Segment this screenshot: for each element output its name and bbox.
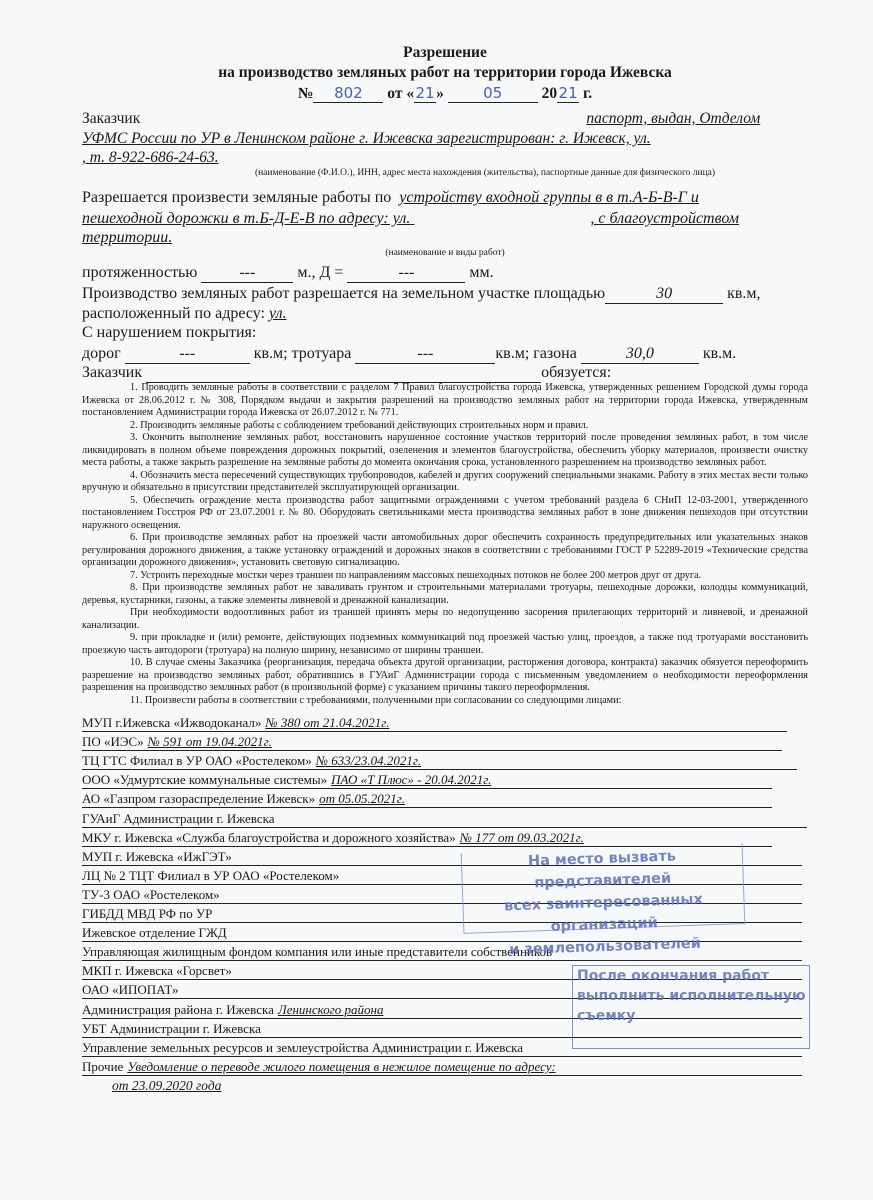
approval-value: № 380 от 21.04.2021г.	[265, 715, 389, 730]
obligation-item: 10. В случае смены Заказчика (реорганиза…	[82, 657, 808, 695]
approval-org: ОАО «ИПОПАТ»	[82, 982, 179, 997]
obligation-item: 9. при прокладке и (или) ремонте, действ…	[82, 632, 808, 657]
approval-underline	[82, 1056, 802, 1057]
approval-underline	[82, 960, 802, 961]
approval-org: УБТ Администрации г. Ижевска	[82, 1021, 261, 1036]
stamp-as-built-survey: После окончания работ выполнить исполнит…	[572, 965, 810, 1049]
works-line-2: пешеходной дорожки в т.Б-Д-Е-В по адресу…	[82, 210, 810, 228]
approval-value: Ленинского района	[278, 1002, 384, 1017]
document-subtitle: на производство земляных работ на террит…	[80, 64, 810, 82]
approval-org: ТУ-3 ОАО «Ростелеком»	[82, 887, 220, 902]
obligation-item: 8. При производстве земляных работ не за…	[82, 582, 808, 607]
approval-underline	[82, 1075, 802, 1076]
approval-underline	[82, 769, 797, 770]
length-line: протяженностью --- м., Д = --- мм.	[82, 264, 494, 283]
obligation-item: 3. Окончить выполнение земляных работ, в…	[82, 432, 808, 470]
approval-org: МКУ г. Ижевска «Служба благоустройства и…	[82, 830, 456, 845]
approval-row: УБТ Администрации г. Ижевска	[82, 1021, 265, 1037]
approval-row: МУП г.Ижевска «Ижводоканал»№ 380 от 21.0…	[82, 715, 389, 731]
approval-row: ТЦ ГТС Филиал в УР ОАО «Ростелеком»№ 633…	[82, 753, 421, 769]
approval-row: ГУАиГ Администрации г. Ижевска	[82, 811, 279, 827]
approval-row: ПО «ИЭС»№ 591 от 19.04.2021г.	[82, 734, 272, 750]
approval-org: МУП г. Ижевска «ИжГЭТ»	[82, 849, 232, 864]
damage-label: С нарушением покрытия:	[82, 324, 256, 342]
roads-value: ---	[125, 345, 250, 364]
obligation-item: 6. При производстве земляных работ на пр…	[82, 532, 808, 570]
approval-org: Ижевское отделение ГЖД	[82, 925, 227, 940]
approval-value: № 591 от 19.04.2021г.	[148, 734, 272, 749]
approval-row: МКУ г. Ижевска «Служба благоустройства и…	[82, 830, 584, 846]
approval-org: ООО «Удмуртские коммунальные системы»	[82, 772, 327, 787]
approval-org: Прочие	[82, 1059, 123, 1074]
approval-org: ПО «ИЭС»	[82, 734, 144, 749]
address-line: расположенный по адресу: ул.	[82, 305, 399, 323]
works-description: устройству входной группы в в т.А-Б-В-Г …	[399, 189, 699, 206]
approval-row: Ижевское отделение ГЖД	[82, 925, 231, 941]
approval-value: от 05.05.2021г.	[319, 791, 405, 806]
area-line: Производство земляных работ разрешается …	[82, 285, 761, 304]
obligation-item: При необходимости водоотливных работ из …	[82, 607, 808, 632]
customer-line-1: Заказчикпаспорт, выдан, Отделом	[82, 110, 810, 128]
customer-caption: (наименование (Ф.И.О.), ИНН, адрес места…	[120, 168, 850, 178]
works-line-3: территории.	[82, 229, 172, 247]
permit-document: Разрешение на производство земляных рабо…	[0, 0, 873, 1200]
obligation-item: 4. Обозначить места пересечений существу…	[82, 470, 808, 495]
others-date: от 23.09.2020 года	[112, 1078, 221, 1094]
obligation-item: 5. Обеспечить ограждение места производс…	[82, 495, 808, 533]
obligation-item: 11. Произвести работы в соответствии с т…	[82, 695, 808, 708]
approval-underline	[82, 731, 787, 732]
document-title: Разрешение	[80, 44, 810, 62]
obligations-list: 1. Проводить земляные работы в соответст…	[82, 382, 808, 707]
approval-underline	[82, 750, 782, 751]
approval-value: Уведомление о переводе жилого помещения …	[127, 1059, 555, 1074]
approval-underline	[82, 788, 772, 789]
approval-row: ПрочиеУведомление о переводе жилого поме…	[82, 1059, 556, 1075]
works-line-1: Разрешается произвести земляные работы п…	[82, 189, 810, 207]
approval-row: ТУ-3 ОАО «Ростелеком»	[82, 887, 224, 903]
permit-number-line: №802 от «21» 05 2021 г.	[80, 84, 810, 103]
lawn-value: 30,0	[581, 345, 699, 364]
obligation-item: 7. Устроить переходные мостки через тран…	[82, 570, 808, 583]
coverage-line: дорог --- кв.м; тротуара ---кв.м; газона…	[82, 345, 736, 364]
approval-org: АО «Газпром газораспределение Ижевск»	[82, 791, 315, 806]
approval-org: Управление земельных ресурсов и землеуст…	[82, 1040, 523, 1055]
approval-value: № 633/23.04.2021г.	[316, 753, 421, 768]
approval-org: МКП г. Ижевска «Горсвет»	[82, 963, 232, 978]
customer-phone: , т. 8-922-686-24-63.	[82, 149, 219, 167]
approval-org: ГУАиГ Администрации г. Ижевска	[82, 811, 275, 826]
obligation-item: 2. Производить земляные работы с соблюде…	[82, 420, 808, 433]
diameter-value: ---	[347, 264, 465, 283]
approval-row: ОАО «ИПОПАТ»	[82, 982, 183, 998]
approval-org: ГИБДД МВД РФ по УР	[82, 906, 212, 921]
approval-row: МУП г. Ижевска «ИжГЭТ»	[82, 849, 236, 865]
approval-row: АО «Газпром газораспределение Ижевск»от …	[82, 791, 405, 807]
length-value: ---	[201, 264, 293, 283]
customer-passport: паспорт, выдан, Отделом	[140, 110, 760, 128]
approval-row: ЛЦ № 2 ТЦТ Филиал в УР ОАО «Ростелеком»	[82, 868, 343, 884]
approval-value: № 177 от 09.03.2021г.	[460, 830, 584, 845]
approval-org: МУП г.Ижевска «Ижводоканал»	[82, 715, 261, 730]
permit-month: 05	[448, 84, 538, 103]
obligation-line: Заказчик обязуется:	[82, 364, 611, 383]
permit-number: 802	[313, 84, 383, 103]
stamp-call-representatives: На место вызвать представителей всех заи…	[461, 843, 746, 934]
approval-org: ЛЦ № 2 ТЦТ Филиал в УР ОАО «Ростелеком»	[82, 868, 339, 883]
area-value: 30	[605, 285, 723, 304]
approval-underline	[82, 827, 807, 828]
approval-row: МКП г. Ижевска «Горсвет»	[82, 963, 236, 979]
approval-row: ГИБДД МВД РФ по УР	[82, 906, 216, 922]
obligation-item: 1. Проводить земляные работы в соответст…	[82, 382, 808, 420]
approval-underline	[82, 807, 772, 808]
approval-org: ТЦ ГТС Филиал в УР ОАО «Ростелеком»	[82, 753, 312, 768]
customer-line-2: УФМС России по УР в Ленинском районе г. …	[82, 130, 651, 148]
works-caption: (наименование и виды работ)	[80, 248, 810, 258]
approval-row: Администрация района г. ИжевскаЛенинског…	[82, 1002, 384, 1018]
approval-value: ПАО «Т Плюс» - 20.04.2021г.	[331, 772, 491, 787]
permit-day: 21	[414, 84, 436, 103]
approval-row: Управление земельных ресурсов и землеуст…	[82, 1040, 527, 1056]
address-value: ул.	[269, 305, 399, 323]
permit-year: 21	[557, 84, 579, 103]
approval-row: ООО «Удмуртские коммунальные системы»ПАО…	[82, 772, 491, 788]
approval-org: Администрация района г. Ижевска	[82, 1002, 274, 1017]
sidewalk-value: ---	[355, 345, 495, 364]
